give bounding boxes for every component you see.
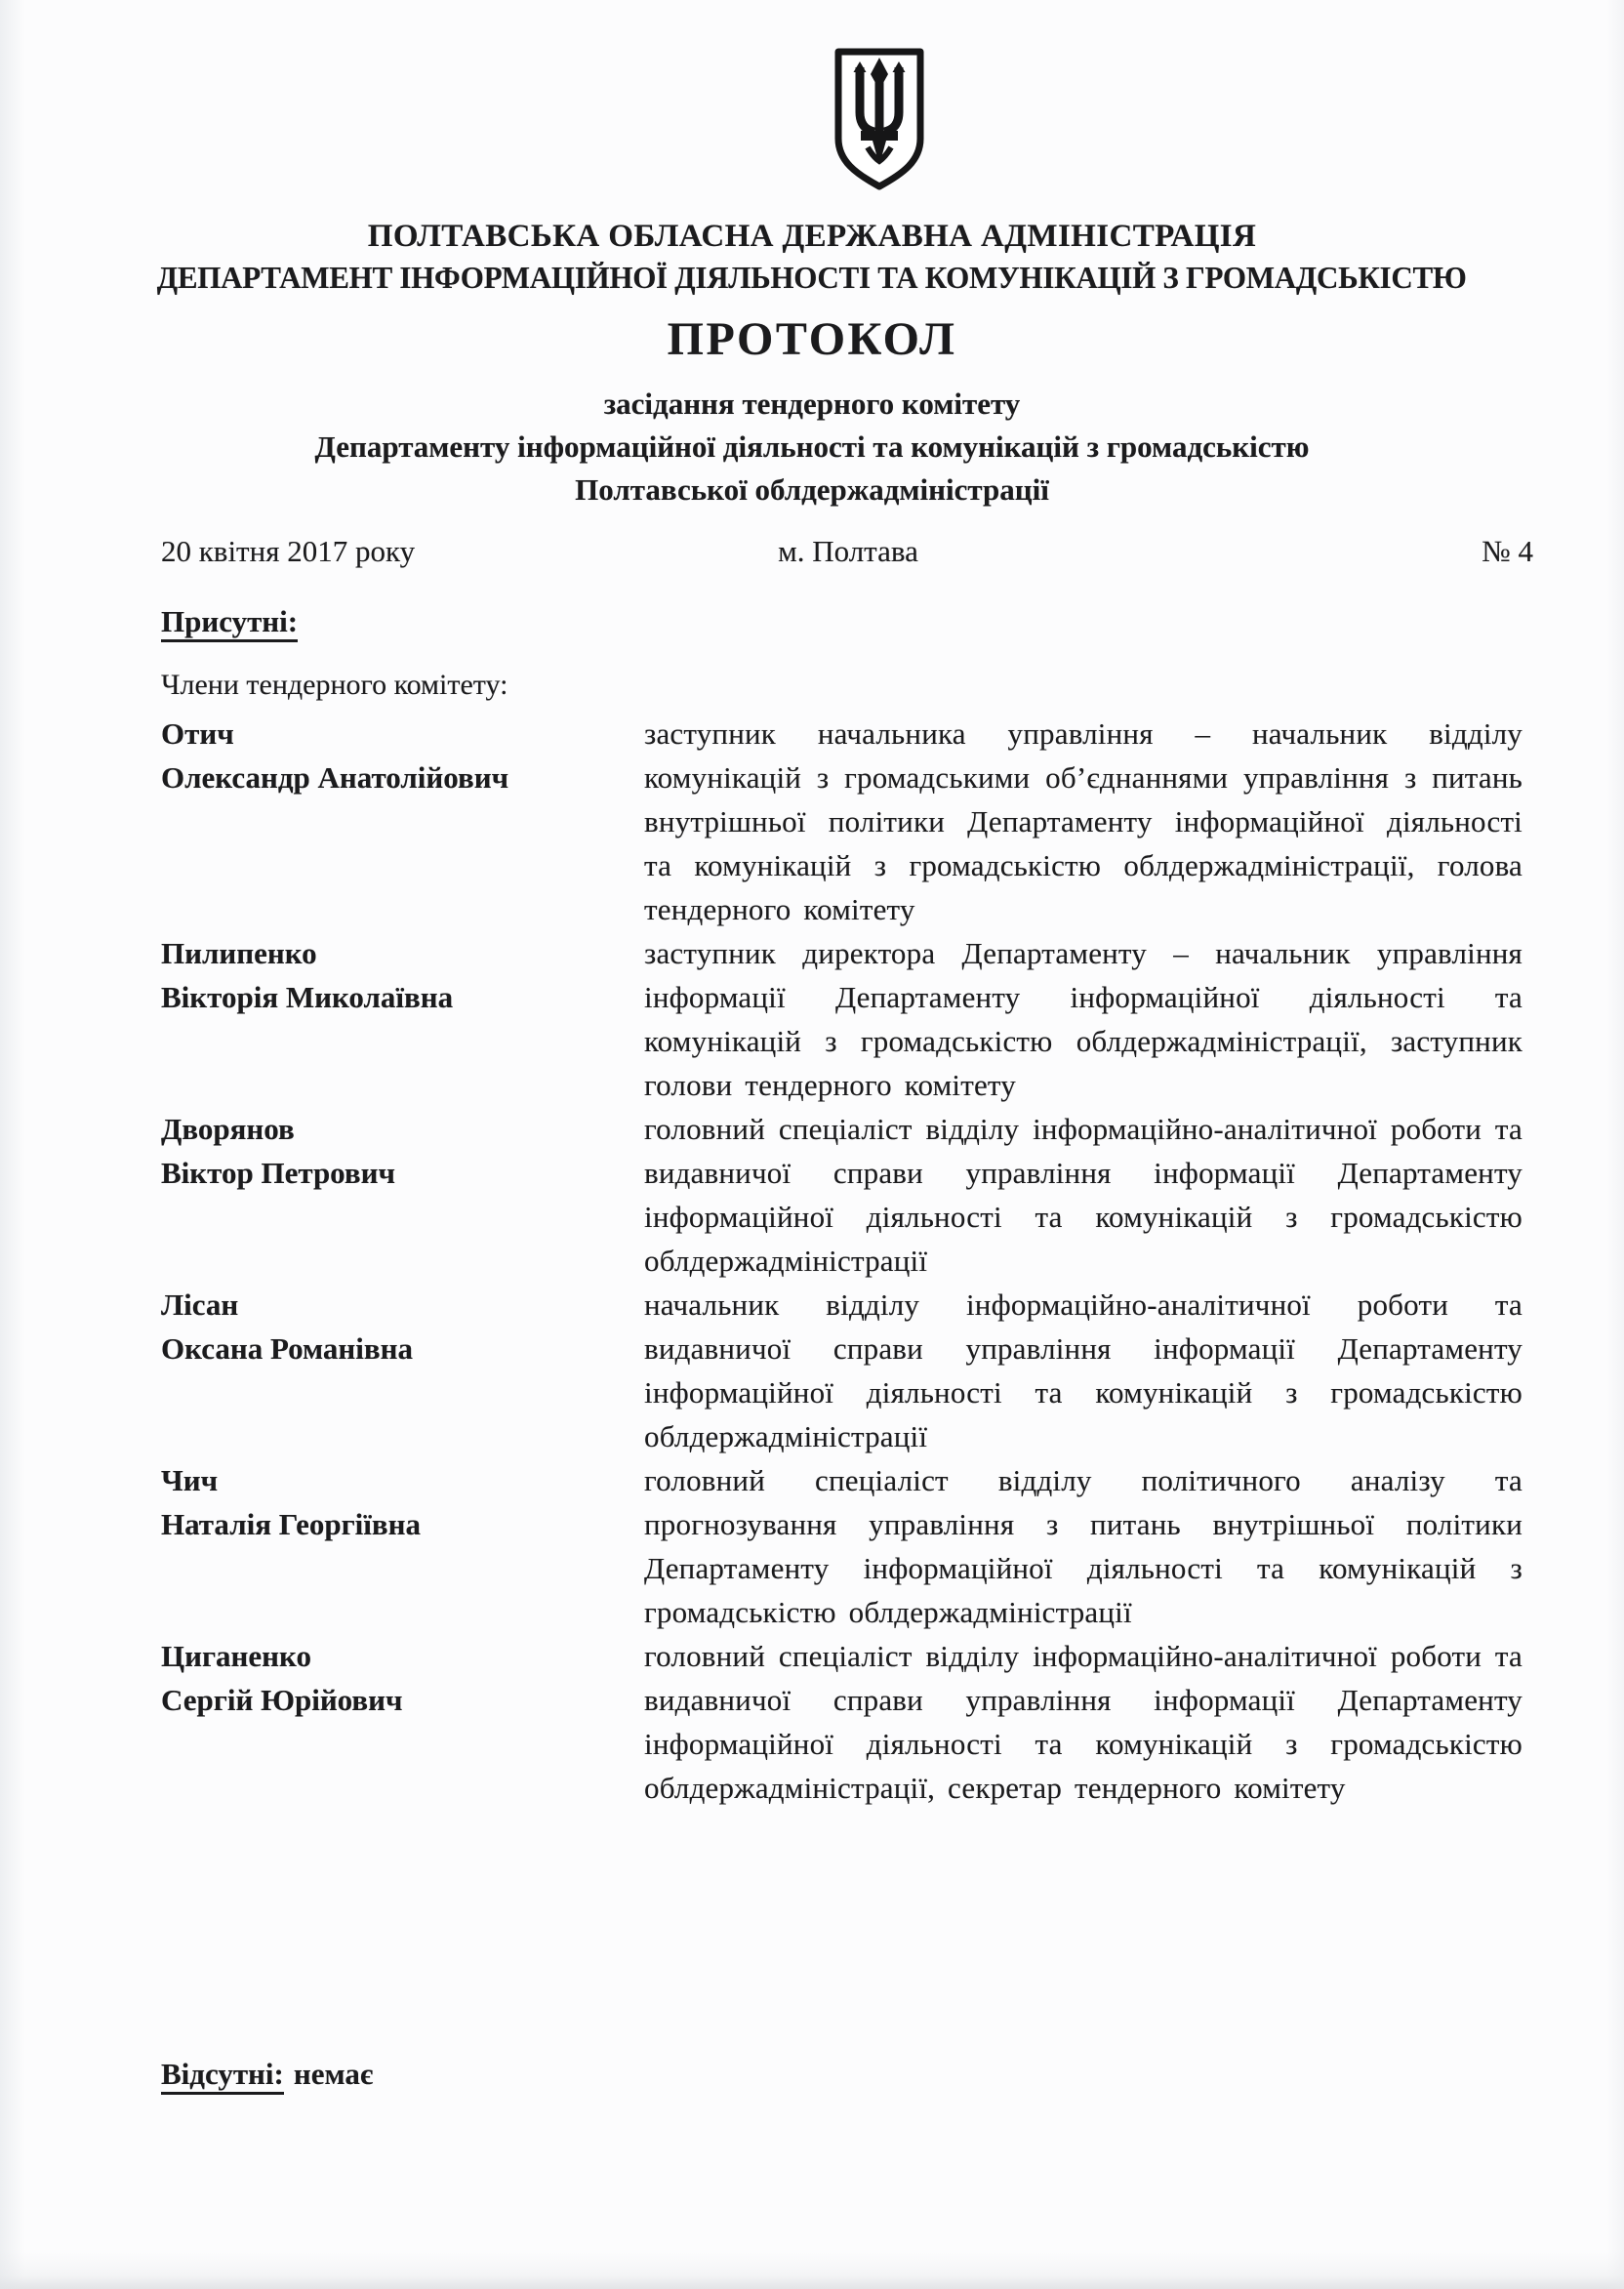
- document-subtitle: засідання тендерного комітету Департамен…: [0, 383, 1624, 511]
- org-name-line2-text: ДЕПАРТАМЕНТ ІНФОРМАЦІЙНОЇ ДІЯЛЬНОСТІ ТА …: [157, 260, 1467, 296]
- member-given-names: Оксана Романівна: [161, 1327, 615, 1370]
- member-row: Циганенко Сергій Юрійович головний спеці…: [161, 1634, 1535, 1810]
- member-position: начальник відділу інформаційно-аналітичн…: [644, 1283, 1522, 1458]
- absent-label: Відсутні:: [161, 2057, 284, 2095]
- member-name: Пилипенко Вікторія Миколаївна: [161, 931, 644, 1107]
- member-position: головний спеціаліст відділу інформаційно…: [644, 1107, 1522, 1283]
- meta-date: 20 квітня 2017 року: [161, 532, 615, 571]
- member-row: Пилипенко Вікторія Миколаївна заступник …: [161, 931, 1535, 1107]
- members-list: Отич Олександр Анатолійович заступник на…: [161, 712, 1535, 2031]
- member-surname: Циганенко: [161, 1634, 615, 1678]
- meta-row: 20 квітня 2017 року м. Полтава № 4: [161, 532, 1535, 571]
- meta-place: м. Полтава: [615, 532, 1082, 571]
- member-surname: Пилипенко: [161, 931, 615, 975]
- member-position: заступник начальника управління – началь…: [644, 712, 1522, 931]
- member-row: Дворянов Віктор Петрович головний спеціа…: [161, 1107, 1535, 1283]
- member-name: Дворянов Віктор Петрович: [161, 1107, 644, 1283]
- member-position: заступник директора Департаменту – начал…: [644, 931, 1522, 1107]
- ukraine-trident-shield-icon: [831, 45, 928, 193]
- member-name: Отич Олександр Анатолійович: [161, 712, 644, 931]
- document-title: ПРОТОКОЛ: [0, 312, 1624, 366]
- subtitle-line1: засідання тендерного комітету: [0, 383, 1624, 426]
- present-heading-text: Присутні:: [161, 604, 298, 642]
- member-name: Циганенко Сергій Юрійович: [161, 1634, 644, 1810]
- member-row: Чич Наталія Георгіївна головний спеціалі…: [161, 1458, 1535, 1634]
- member-given-names: Віктор Петрович: [161, 1151, 615, 1195]
- member-given-names: Вікторія Миколаївна: [161, 975, 615, 1019]
- member-surname: Дворянов: [161, 1107, 615, 1151]
- org-name-line1: ПОЛТАВСЬКА ОБЛАСНА ДЕРЖАВНА АДМІНІСТРАЦІ…: [0, 219, 1624, 255]
- member-name: Лісан Оксана Романівна: [161, 1283, 644, 1458]
- member-row: Отич Олександр Анатолійович заступник на…: [161, 712, 1535, 931]
- present-heading: Присутні:: [161, 600, 1535, 643]
- member-surname: Отич: [161, 712, 615, 756]
- member-surname: Лісан: [161, 1283, 615, 1327]
- scanned-document-page: ПОЛТАВСЬКА ОБЛАСНА ДЕРЖАВНА АДМІНІСТРАЦІ…: [0, 0, 1624, 2289]
- member-surname: Чич: [161, 1458, 615, 1502]
- member-position: головний спеціаліст відділу політичного …: [644, 1458, 1522, 1634]
- absent-line: Відсутні:немає: [161, 2053, 1535, 2096]
- subtitle-line3: Полтавської облдержадміністрації: [0, 469, 1624, 511]
- member-row: Лісан Оксана Романівна начальник відділу…: [161, 1283, 1535, 1458]
- meta-number: № 4: [1081, 532, 1535, 571]
- absent-value: немає: [294, 2057, 373, 2091]
- members-intro: Члени тендерного комітету:: [161, 664, 1535, 707]
- document-body: 20 квітня 2017 року м. Полтава № 4 Прису…: [161, 532, 1535, 2096]
- org-name-line2: ДЕПАРТАМЕНТ ІНФОРМАЦІЙНОЇ ДІЯЛЬНОСТІ ТА …: [0, 260, 1624, 296]
- member-given-names: Наталія Георгіївна: [161, 1502, 615, 1546]
- member-given-names: Олександр Анатолійович: [161, 756, 615, 799]
- member-name: Чич Наталія Георгіївна: [161, 1458, 644, 1634]
- member-given-names: Сергій Юрійович: [161, 1678, 615, 1722]
- member-position: головний спеціаліст відділу інформаційно…: [644, 1634, 1522, 1810]
- subtitle-line2: Департаменту інформаційної діяльності та…: [0, 426, 1624, 469]
